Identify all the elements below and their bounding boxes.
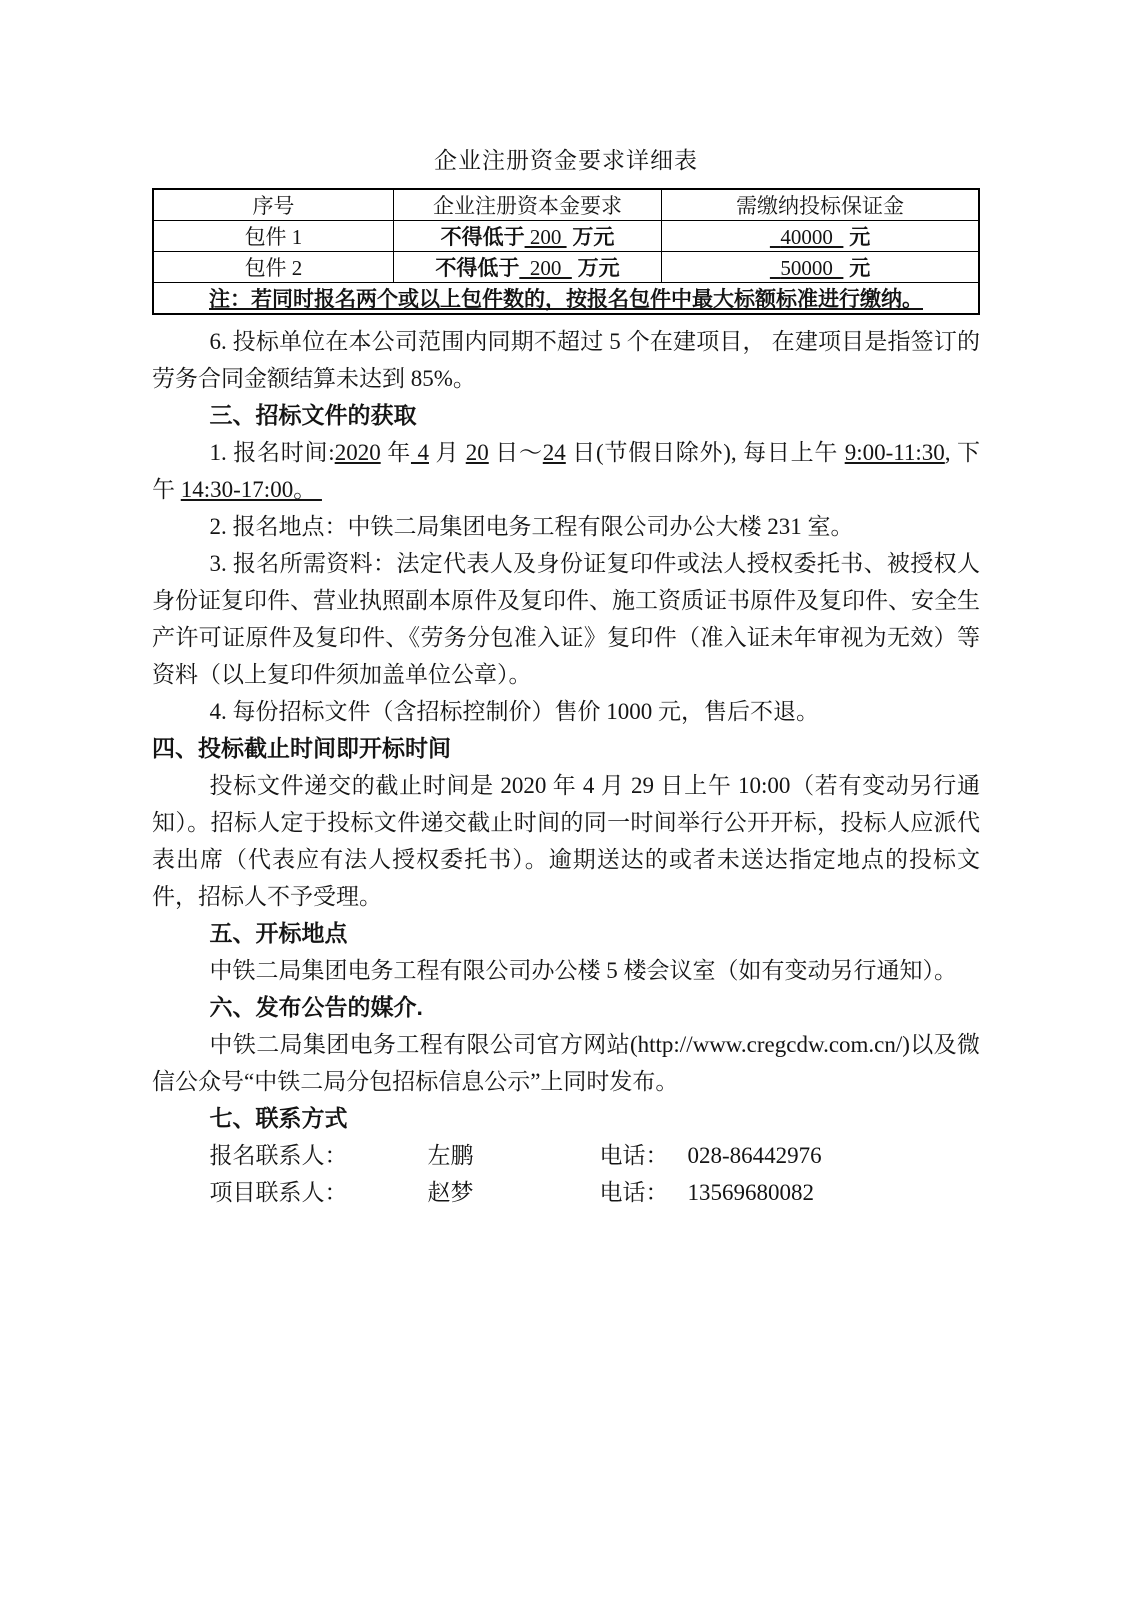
paragraph-document-price: 4. 每份招标文件（含招标控制价）售价 1000 元，售后不退。 <box>152 693 980 730</box>
section-heading-6: 六、发布公告的媒介. <box>152 989 980 1026</box>
package-2-deposit: 50000 元 <box>662 252 979 283</box>
header-capital-requirement: 企业注册资本金要求 <box>393 189 661 221</box>
paragraph-deadline: 投标文件递交的截止时间是 2020 年 4 月 29 日上午 10:00（若有变… <box>152 767 980 915</box>
package-2-label: 包件 2 <box>153 252 393 283</box>
contact-name: 赵梦 <box>428 1174 600 1211</box>
section-heading-7: 七、联系方式 <box>152 1100 980 1137</box>
section-heading-5: 五、开标地点 <box>152 915 980 952</box>
table-note-row: 注：若同时报名两个或以上包件数的，按报名包件中最大标额标准进行缴纳。 <box>153 283 979 315</box>
paragraph-signup-place: 2. 报名地点：中铁二局集团电务工程有限公司办公大楼 231 室。 <box>152 508 980 545</box>
contact-phone-number: 13569680082 <box>688 1174 981 1211</box>
table-row-package-1: 包件 1 不得低于 200 万元 40000 元 <box>153 221 979 252</box>
contact-row-signup: 报名联系人： 左鹏 电话： 028-86442976 <box>210 1137 981 1174</box>
contact-phone-label: 电话： <box>600 1174 688 1211</box>
contact-role-label: 报名联系人： <box>210 1137 428 1174</box>
document-page: 企业注册资金要求详细表 序号 企业注册资本金要求 需缴纳投标保证金 包件 1 不… <box>0 0 1131 1600</box>
table-note: 注：若同时报名两个或以上包件数的，按报名包件中最大标额标准进行缴纳。 <box>153 283 979 315</box>
paragraph-item-6: 6. 投标单位在本公司范围内同期不超过 5 个在建项目， 在建项目是指签订的劳务… <box>152 323 980 397</box>
package-1-deposit: 40000 元 <box>662 221 979 252</box>
header-bid-deposit: 需缴纳投标保证金 <box>662 189 979 221</box>
paragraph-announcement-media: 中铁二局集团电务工程有限公司官方网站(http://www.cregcdw.co… <box>152 1026 980 1100</box>
paragraph-signup-time: 1. 报名时间:2020 年 4 月 20 日～24 日(节假日除外), 每日上… <box>152 434 980 508</box>
contact-phone-number: 028-86442976 <box>688 1137 981 1174</box>
package-2-capital: 不得低于 200 万元 <box>393 252 661 283</box>
paragraph-required-materials: 3. 报名所需资料：法定代表人及身份证复印件或法人授权委托书、被授权人身份证复印… <box>152 545 980 693</box>
package-1-capital: 不得低于 200 万元 <box>393 221 661 252</box>
section-heading-3: 三、招标文件的获取 <box>152 397 980 434</box>
table-title: 企业注册资金要求详细表 <box>152 142 980 175</box>
paragraph-opening-place: 中铁二局集团电务工程有限公司办公楼 5 楼会议室（如有变动另行通知）。 <box>152 952 980 989</box>
capital-requirements-table: 序号 企业注册资本金要求 需缴纳投标保证金 包件 1 不得低于 200 万元 4… <box>152 188 980 315</box>
table-row-package-2: 包件 2 不得低于 200 万元 50000 元 <box>153 252 979 283</box>
header-serial: 序号 <box>153 189 393 221</box>
package-1-label: 包件 1 <box>153 221 393 252</box>
contact-row-project: 项目联系人： 赵梦 电话： 13569680082 <box>210 1174 981 1211</box>
contact-role-label: 项目联系人： <box>210 1174 428 1211</box>
table-note-text: 注：若同时报名两个或以上包件数的，按报名包件中最大标额标准进行缴纳。 <box>209 288 923 311</box>
section-heading-4: 四、投标截止时间即开标时间 <box>152 730 980 767</box>
contact-phone-label: 电话： <box>600 1137 688 1174</box>
contact-name: 左鹏 <box>428 1137 600 1174</box>
table-header-row: 序号 企业注册资本金要求 需缴纳投标保证金 <box>153 189 979 221</box>
